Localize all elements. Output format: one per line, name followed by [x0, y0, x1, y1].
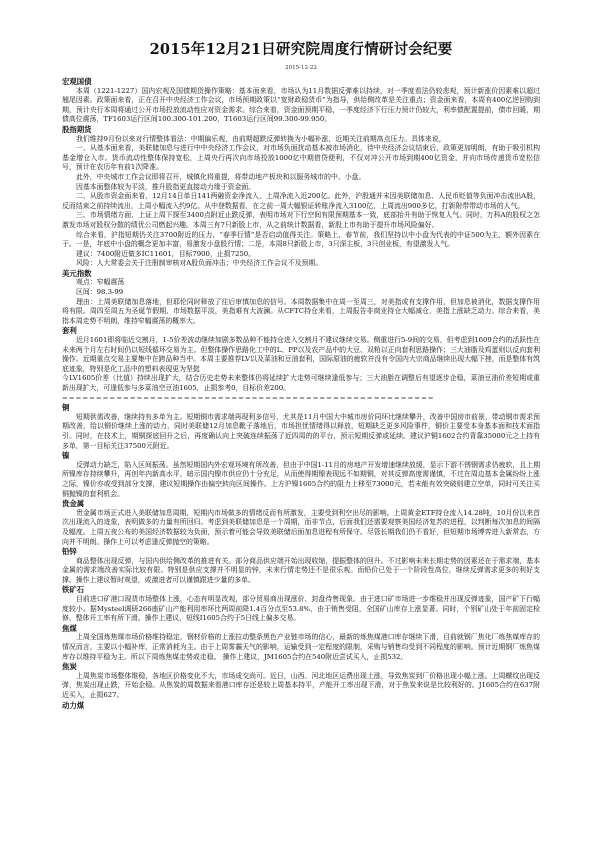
section-nickel: 镍 反弹动力缺乏，陷入区间振荡。虽然短期国内外宏观环境有所改善，但由于中国1-1…	[62, 451, 540, 499]
section-heading: 铁矿石	[62, 585, 540, 595]
document-title: 2015年12月21日研究院周度行情研讨会纪要	[62, 40, 540, 60]
section-heading: 股指期货	[62, 125, 540, 135]
section-coke: 焦炭 上周焦炭市场整体维稳，各地区价格变化不大，市场成交尚可。近日，山西、河北地…	[62, 662, 540, 700]
section-heading: 美元指数	[62, 269, 540, 279]
section-thermal-coal: 动力煤	[62, 701, 540, 711]
paragraph: 理由：上周美联储加息落地，但耶伦同时释放了往后审慎加息的信号。本周数据集中在周一…	[62, 298, 540, 327]
section-copper: 铜 短期供需改善，继续持有多单为主。短期铜市需求端再现利多信号，尤其是11月中国…	[62, 403, 540, 451]
section-iron-ore: 铁矿石 目前进口矿港口现货市场整体上涨，心态有明显改观，部分贸易商出现涨价、封盘…	[62, 585, 540, 623]
section-heading: 套利	[62, 326, 540, 336]
section-arbitrage: 套利 近月1601即将临近交割月，1-5价差波动继续加剧多数品种不能持仓进入交割…	[62, 326, 540, 403]
paragraph: 综合来看，沪指短期仍关注3700附近的压力，“春季行情”是否启动值得关注。策略上…	[62, 231, 540, 250]
section-coking-coal: 焦煤 上周全国炼焦煤市场价格维持稳定，钢材价格的上涨拉动整条黑色产业链市场的信心…	[62, 624, 540, 662]
section-heading: 铅锌	[62, 547, 540, 557]
paragraph: 反弹动力缺乏，陷入区间振荡。虽然短期国内外宏观环境有所改善，但由于中国1-11月…	[62, 461, 540, 499]
document-page: 2015年12月21日研究院周度行情研讨会纪要 2015-12-22 宏观国债 …	[62, 0, 540, 710]
paragraph: 今LV1605价差（比值）持续出现扩大，结合历史走势未来整体仍将延续扩大走势可继…	[62, 374, 540, 393]
paragraph: 我们维持9月份以来对行情整体看法：中期偏乐观，由前期超跌反弹转换为小幅补涨，近期…	[62, 135, 540, 145]
section-index-futures: 股指期货 我们维持9月份以来对行情整体看法：中期偏乐观，由前期超跌反弹转换为小幅…	[62, 125, 540, 269]
document-date: 2015-12-22	[62, 63, 540, 73]
section-heading: 焦炭	[62, 662, 540, 672]
paragraph: 贵金属市场正式进入美联储加息周期，短期内市场做多的情绪反而有所激发，主要受到利空…	[62, 509, 540, 547]
paragraph: 目前进口矿港口现货市场整体上涨，心态有明显改观，部分贸易商出现涨价、封盘待售现象…	[62, 595, 540, 624]
paragraph: 此外，中央城市工作会议即将召开，城镇化将重提，将带动地产板块和以服务城市的中、小…	[62, 173, 540, 183]
divider-line: ========================================…	[62, 394, 434, 404]
section-lead-zinc: 铅锌 商品整体出现反弹，与国内供给侧改革的推进有关。部分商品供应端开始出现收缩，…	[62, 547, 540, 585]
paragraph: 风险：人大常委会关于注册制审核对A股负面冲击；中央经济工作会议不及预期。	[62, 259, 540, 269]
paragraph: 三、市场情绪方面，上证上周下探至3400点附近止跌反弹，表明市场对下行空间有限预…	[62, 211, 540, 230]
paragraph: 商品整体出现反弹，与国内供给侧改革的推进有关。部分商品供应端开始出现收缩，提振整…	[62, 557, 540, 586]
section-heading: 贵金属	[62, 499, 540, 509]
section-heading: 焦煤	[62, 624, 540, 634]
paragraph: 近月1601即将临近交割月，1-5价差波动继续加剧多数品种不能持仓进入交割月不建…	[62, 336, 540, 374]
paragraph: 一、从基本面来看，美联储加息与进行中中央经济工作会议，对市场负面扰动基本被市场消…	[62, 144, 540, 173]
paragraph: 二、从股市资金面来看，12月14日单日141两融资金净流入，上周净流入近200亿…	[62, 192, 540, 211]
section-usd-index: 美元指数 观点：窄幅震荡 区间：98.3-99 理由：上周美联储加息落地，但耶伦…	[62, 269, 540, 327]
section-heading: 铜	[62, 403, 540, 413]
section-macro-bonds: 宏观国债 本周（1221-1227）国内宏观及国债期货操作策略：基本面来看，市场…	[62, 77, 540, 125]
section-heading: 宏观国债	[62, 77, 540, 87]
view-line: 观点：窄幅震荡	[62, 278, 540, 288]
paragraph: 本周（1221-1227）国内宏观及国债期货操作策略：基本面来看，市场认为11月…	[62, 87, 540, 125]
paragraph: 因基本面整体较为平淡，推升股指更直接动力缘于资金面。	[62, 183, 540, 193]
section-heading: 镍	[62, 451, 540, 461]
paragraph: 短期供需改善，继续持有多单为主。短期铜市需求端再现利多信号，尤其是11月中国大中…	[62, 413, 540, 451]
range-line: 区间：98.3-99	[62, 288, 540, 298]
section-precious-metals: 贵金属 贵金属市场正式进入美联储加息周期，短期内市场做多的情绪反而有所激发，主要…	[62, 499, 540, 547]
paragraph: 上周焦炭市场整体维稳，各地区价格变化不大，市场成交尚可。近日，山西、河北地区运费…	[62, 672, 540, 701]
section-heading: 动力煤	[62, 701, 540, 711]
paragraph: 上周全国炼焦煤市场价格维持稳定，钢材价格的上涨拉动整条黑色产业链市场的信心，最新…	[62, 633, 540, 662]
paragraph: 建议：7400附近做多IC11601，目标7900，止损7250。	[62, 250, 540, 260]
